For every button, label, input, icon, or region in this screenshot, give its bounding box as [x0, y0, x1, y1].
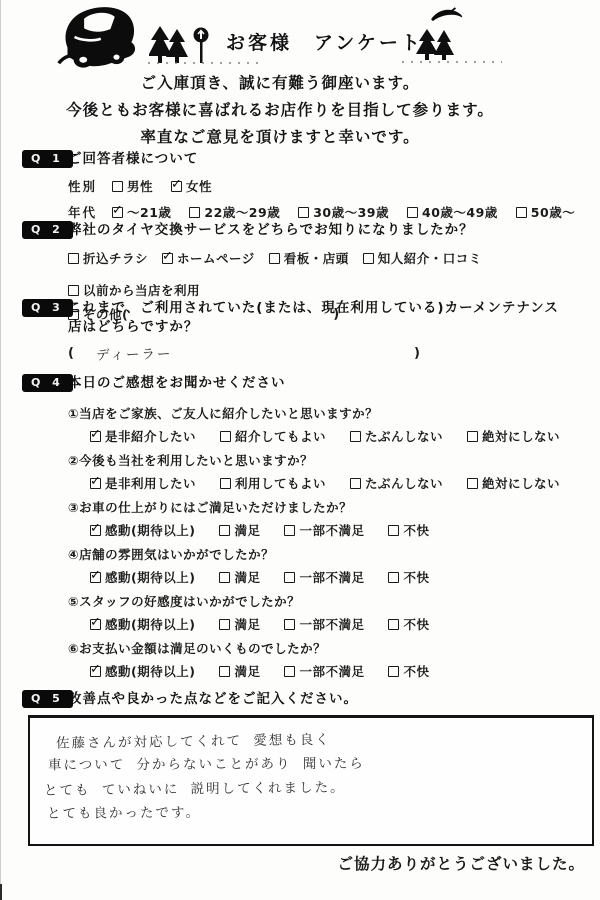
checkbox-option[interactable]: 一部不満足	[284, 521, 364, 539]
survey-form-page: お客様 アンケート ご入庫頂き、誠に有難う御座います。 今後ともお客様に喜ばれる…	[0, 0, 600, 900]
checkbox-option[interactable]: 折込チラシ	[68, 249, 148, 267]
intro-text: ご入庫頂き、誠に有難う御座います。 今後ともお客様に喜ばれるお店作りを目指して参…	[0, 70, 600, 151]
checkbox-icon[interactable]	[350, 478, 361, 489]
option-label: ホームページ	[177, 249, 255, 267]
checkbox-option[interactable]: 一部不満足	[284, 615, 364, 633]
open-paren: (	[68, 346, 74, 361]
option-label: 絶対にしない	[482, 474, 560, 492]
handwritten-comment-line: とても良かったです。	[47, 798, 584, 826]
checkbox-option[interactable]: 22歳～29歳	[189, 203, 280, 221]
checkbox-option[interactable]: 満足	[219, 521, 260, 539]
checkbox-option[interactable]: 一部不満足	[284, 662, 364, 680]
checkbox-option[interactable]: 50歳～	[516, 203, 575, 221]
sub-question: ⑥お支払い金額は満足のいくものでしたか？	[68, 640, 586, 658]
sub-question-options: 感動(期待以上)満足一部不満足不快	[90, 662, 586, 680]
q5-heading: 改善点や良かった点などをご記入ください。	[68, 690, 586, 709]
q3-heading: これまで、ご利用されていた(または、現在利用している)カーメンテナンス店はどちら…	[68, 299, 573, 337]
checkbox-option[interactable]: 不快	[388, 521, 429, 539]
checkbox-icon[interactable]	[284, 666, 295, 677]
q1-badge: Q 1	[22, 150, 73, 168]
q2-badge: Q 2	[22, 221, 73, 239]
checkbox-option[interactable]: 感動(期待以上)	[90, 662, 195, 680]
field-label: 性別	[68, 177, 112, 195]
checkbox-icon[interactable]	[219, 666, 230, 677]
trees-icon	[416, 29, 458, 65]
checkbox-icon[interactable]	[189, 207, 200, 218]
q4-item: ③お車の仕上がりにはご満足いただけましたか？感動(期待以上)満足一部不満足不快	[68, 499, 586, 539]
checkbox-option[interactable]: 利用してもよい	[220, 474, 326, 492]
q4-heading: 本日のご感想をお聞かせください	[68, 374, 586, 393]
checkbox-option[interactable]: 看板・店頭	[269, 249, 349, 267]
checkbox-option[interactable]: 男性	[112, 177, 153, 195]
intro-line: 今後ともお客様に喜ばれるお店作りを目指して参ります。	[0, 97, 560, 124]
checkbox-icon[interactable]	[284, 572, 295, 583]
checkbox-icon[interactable]	[68, 253, 79, 264]
q2-heading: 弊社のタイヤ交換サービスをどちらでお知りになりましたか？	[68, 221, 586, 240]
option-label: 50歳～	[531, 203, 575, 221]
sub-question: ⑤スタッフの好感度はいかがでしたか？	[68, 593, 586, 611]
option-label: 一部不満足	[299, 662, 364, 680]
sub-question-options: 是非紹介したい紹介してもよいたぶんしない絶対にしない	[90, 427, 586, 445]
checkbox-option[interactable]: 絶対にしない	[467, 474, 560, 492]
comment-box[interactable]: 佐藤さんが対応してくれて 愛想も良く車について 分からないことがあり 聞いたらと…	[28, 715, 594, 846]
q3-badge: Q 3	[22, 299, 73, 317]
option-label: 満足	[234, 662, 260, 680]
q4-badge: Q 4	[22, 374, 73, 392]
q4-item: ⑤スタッフの好感度はいかがでしたか？感動(期待以上)満足一部不満足不快	[68, 593, 586, 633]
checkbox-option[interactable]: 女性	[171, 177, 212, 195]
option-label: 満足	[234, 615, 260, 633]
checkbox-icon[interactable]	[467, 431, 478, 442]
sub-question: ③お車の仕上がりにはご満足いただけましたか？	[68, 499, 586, 517]
checkbox-icon[interactable]	[219, 619, 230, 630]
option-label: 是非利用したい	[105, 474, 196, 492]
checkbox-option[interactable]: ホームページ	[162, 249, 255, 267]
option-label: 不快	[403, 521, 429, 539]
option-label: 一部不満足	[299, 615, 364, 633]
checkbox-icon[interactable]	[219, 525, 230, 536]
option-label: 30歳～39歳	[313, 203, 389, 221]
option-label: たぶんしない	[365, 474, 443, 492]
checkbox-icon[interactable]	[363, 253, 374, 264]
checkbox-option[interactable]: 是非利用したい	[90, 474, 196, 492]
checkbox-checked-icon[interactable]	[162, 253, 173, 264]
q3-answer-field[interactable]: ( ディーラー )	[68, 343, 420, 363]
option-label: 一部不満足	[299, 568, 364, 586]
checkbox-option[interactable]: 感動(期待以上)	[90, 615, 195, 633]
option-label: 利用してもよい	[235, 474, 326, 492]
checkbox-checked-icon[interactable]	[90, 572, 101, 583]
checkbox-icon[interactable]	[350, 431, 361, 442]
checkbox-checked-icon[interactable]	[112, 207, 123, 218]
checkbox-option[interactable]: 是非紹介したい	[90, 427, 196, 445]
checkbox-icon[interactable]	[467, 478, 478, 489]
checkbox-option[interactable]: たぶんしない	[350, 427, 443, 445]
checkbox-option[interactable]: 以前から当店を利用	[68, 281, 200, 299]
section-q5: Q 5 改善点や良かった点などをご記入ください。 佐藤さんが対応してくれて 愛想…	[0, 690, 600, 846]
q4-item: ②今後も当社を利用したいと思いますか？是非利用したい利用してもよいたぶんしない絶…	[68, 452, 586, 492]
checkbox-option[interactable]: 知人紹介・口コミ	[363, 249, 482, 267]
option-label: 満足	[234, 568, 260, 586]
q2-options: 折込チラシホームページ看板・店頭知人紹介・口コミ以前から当店を利用	[68, 249, 586, 299]
option-label: 絶対にしない	[482, 427, 560, 445]
checkbox-option[interactable]: 満足	[219, 568, 260, 586]
q4-item: ④店舗の雰囲気はいかがでしたか？感動(期待以上)満足一部不満足不快	[68, 546, 586, 586]
scan-corner-artifact	[0, 884, 2, 900]
checkbox-checked-icon[interactable]	[171, 181, 182, 192]
ground-dots	[148, 62, 258, 64]
checkbox-icon[interactable]	[284, 619, 295, 630]
checkbox-icon[interactable]	[284, 525, 295, 536]
checkbox-icon[interactable]	[388, 619, 399, 630]
q1-rows: 性別男性女性年代～21歳22歳～29歳30歳～39歳40歳～49歳50歳～	[68, 177, 586, 221]
checkbox-checked-icon[interactable]	[90, 525, 101, 536]
option-label: 是非紹介したい	[105, 427, 196, 445]
option-label: 知人紹介・口コミ	[378, 249, 482, 267]
form-header: お客様 アンケート	[0, 0, 600, 76]
field-label: 年代	[68, 203, 112, 221]
checkbox-icon[interactable]	[516, 207, 527, 218]
row-options: ～21歳22歳～29歳30歳～39歳40歳～49歳50歳～	[112, 203, 575, 221]
sub-question: ④店舗の雰囲気はいかがでしたか？	[68, 546, 586, 564]
checkbox-icon[interactable]	[68, 285, 79, 296]
sub-question-options: 是非利用したい利用してもよいたぶんしない絶対にしない	[90, 474, 586, 492]
option-label: 不快	[403, 615, 429, 633]
checkbox-option[interactable]: 満足	[219, 662, 260, 680]
checkbox-option[interactable]: 不快	[388, 662, 429, 680]
checkbox-checked-icon[interactable]	[90, 619, 101, 630]
checkbox-option[interactable]: 30歳～39歳	[298, 203, 389, 221]
option-label: 紹介してもよい	[235, 427, 326, 445]
checkbox-option[interactable]: 紹介してもよい	[220, 427, 326, 445]
checkbox-icon[interactable]	[388, 525, 399, 536]
checkbox-icon[interactable]	[298, 207, 309, 218]
checkbox-icon[interactable]	[220, 478, 231, 489]
thanks-message: ご協力ありがとうございました。	[337, 852, 585, 874]
intro-line: 率直なご意見を頂けますと幸いです。	[0, 124, 560, 151]
section-q4: Q 4 本日のご感想をお聞かせください ①当店をご家族、ご友人に紹介したいと思い…	[0, 374, 600, 687]
sub-question: ①当店をご家族、ご友人に紹介したいと思いますか？	[68, 405, 586, 423]
q4-item: ①当店をご家族、ご友人に紹介したいと思いますか？是非紹介したい紹介してもよいたぶ…	[68, 405, 586, 445]
checkbox-icon[interactable]	[112, 181, 123, 192]
checkbox-icon[interactable]	[219, 572, 230, 583]
checkbox-option[interactable]: 感動(期待以上)	[90, 568, 195, 586]
checkbox-icon[interactable]	[388, 666, 399, 677]
q3-handwritten-answer: ディーラー	[96, 342, 173, 363]
option-label: 折込チラシ	[83, 249, 148, 267]
option-label: 女性	[186, 177, 212, 195]
intro-line: ご入庫頂き、誠に有難う御座います。	[0, 70, 560, 97]
checkbox-option[interactable]: 40歳～49歳	[407, 203, 498, 221]
sub-question-options: 感動(期待以上)満足一部不満足不快	[90, 568, 586, 586]
option-label: 看板・店頭	[284, 249, 349, 267]
q1-heading: ご回答者様について	[68, 150, 586, 169]
option-label: 不快	[403, 568, 429, 586]
option-label: 40歳～49歳	[422, 203, 498, 221]
ground-dots	[402, 61, 502, 63]
checkbox-option[interactable]: 不快	[388, 568, 429, 586]
checkbox-option[interactable]: 一部不満足	[284, 568, 364, 586]
sub-question-options: 感動(期待以上)満足一部不満足不快	[90, 615, 586, 633]
form-row: 性別男性女性	[68, 177, 586, 195]
checkbox-option[interactable]: ～21歳	[112, 203, 171, 221]
option-label: 感動(期待以上)	[105, 568, 195, 586]
option-label: 22歳～29歳	[204, 203, 280, 221]
option-label: 以前から当店を利用	[83, 281, 200, 299]
option-label: 不快	[403, 662, 429, 680]
checkbox-option[interactable]: 感動(期待以上)	[90, 521, 195, 539]
q4-item: ⑥お支払い金額は満足のいくものでしたか？感動(期待以上)満足一部不満足不快	[68, 640, 586, 680]
checkbox-option[interactable]: たぶんしない	[350, 474, 443, 492]
option-label: 感動(期待以上)	[105, 521, 195, 539]
checkbox-checked-icon[interactable]	[90, 478, 101, 489]
checkbox-icon[interactable]	[220, 431, 231, 442]
checkbox-checked-icon[interactable]	[90, 431, 101, 442]
sub-question-options: 感動(期待以上)満足一部不満足不快	[90, 521, 586, 539]
option-label: 感動(期待以上)	[105, 615, 195, 633]
checkbox-icon[interactable]	[407, 207, 418, 218]
option-label: 満足	[234, 521, 260, 539]
section-q3: Q 3 これまで、ご利用されていた(または、現在利用している)カーメンテナンス店…	[0, 299, 600, 363]
checkbox-checked-icon[interactable]	[90, 666, 101, 677]
option-label: ～21歳	[127, 203, 171, 221]
close-paren: )	[414, 346, 420, 361]
row-options: 男性女性	[112, 177, 212, 195]
checkbox-option[interactable]: 不快	[388, 615, 429, 633]
bird-icon	[430, 7, 464, 26]
option-label: 一部不満足	[299, 521, 364, 539]
checkbox-icon[interactable]	[388, 572, 399, 583]
checkbox-icon[interactable]	[269, 253, 280, 264]
option-label: たぶんしない	[365, 427, 443, 445]
car-clipart-icon	[55, 2, 143, 76]
option-label: 感動(期待以上)	[105, 662, 195, 680]
form-title: お客様 アンケート	[226, 28, 423, 55]
q5-badge: Q 5	[22, 690, 73, 708]
section-q1: Q 1 ご回答者様について 性別男性女性年代～21歳22歳～29歳30歳～39歳…	[0, 150, 600, 221]
option-label: 男性	[127, 177, 153, 195]
checkbox-option[interactable]: 満足	[219, 615, 260, 633]
form-row: 年代～21歳22歳～29歳30歳～39歳40歳～49歳50歳～	[68, 203, 586, 221]
q4-items: ①当店をご家族、ご友人に紹介したいと思いますか？是非紹介したい紹介してもよいたぶ…	[68, 405, 586, 680]
checkbox-option[interactable]: 絶対にしない	[467, 427, 560, 445]
sub-question: ②今後も当社を利用したいと思いますか？	[68, 452, 586, 470]
